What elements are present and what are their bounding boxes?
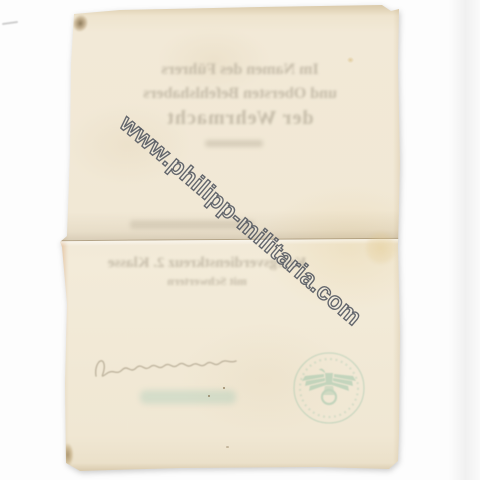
bleedthrough-signature: [90, 350, 242, 386]
speck: [226, 446, 229, 448]
backdrop-scratch: [2, 21, 18, 25]
paper-edge-top: [60, 4, 401, 16]
bleedthrough-smudge-small: [205, 140, 263, 147]
speck: [208, 395, 210, 397]
stain-right-middle: [360, 226, 402, 270]
document-paper: Im Namen des Führers und Obersten Befehl…: [60, 4, 401, 473]
bleedthrough-heading-line2: und Obersten Befehlshabers: [79, 85, 401, 103]
eagle-icon: [302, 369, 356, 404]
bleedthrough-heading-line1: Im Namen des Führers: [79, 61, 401, 79]
backdrop-shading: [448, 0, 480, 480]
paper-edge-bottom: [60, 463, 401, 473]
bleedthrough-unit-stamp-smudge: [140, 390, 236, 404]
stain-dot-upper-right: [346, 56, 355, 64]
stain-bottom-left: [60, 436, 82, 470]
speck: [223, 387, 225, 389]
eagle-ink-stamp: [292, 351, 366, 425]
fold-highlight: [60, 239, 401, 246]
photo-backdrop: Im Namen des Führers und Obersten Befehl…: [0, 0, 480, 480]
paper-surface: Im Namen des Führers und Obersten Befehl…: [60, 4, 401, 473]
